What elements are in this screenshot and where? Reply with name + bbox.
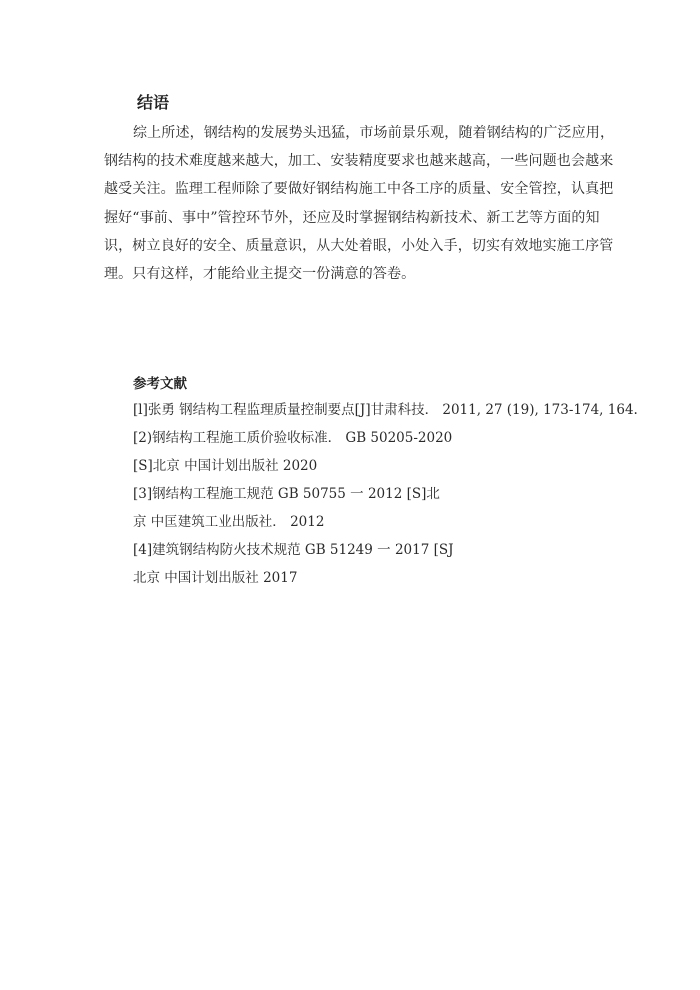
reference-line: [3]钢结构工程施工规范 GB 50755 一 2012 [S]北 [133, 480, 638, 508]
conclusion-paragraph: 综上所述，钢结构的发展势头迅猛，市场前景乐观，随着钢结构的广泛应用， 钢结构的技… [104, 119, 598, 288]
paragraph-line: 综上所述，钢结构的发展势头迅猛，市场前景乐观，随着钢结构的广泛应用， [104, 119, 598, 147]
reference-line: 京 中匡建筑工业出版社． 2012 [133, 508, 638, 536]
conclusion-heading: 结语 [137, 90, 169, 113]
document-page: 结语 综上所述，钢结构的发展势头迅猛，市场前景乐观，随着钢结构的广泛应用， 钢结… [0, 0, 700, 990]
reference-line: [S]北京 中国计划出版社 2020 [133, 452, 638, 480]
reference-line: [l]张勇 钢结构工程监理质量控制要点[J]甘肃科技． 2011, 27 (19… [133, 396, 638, 424]
reference-line: 北京 中国计划出版社 2017 [133, 564, 638, 592]
references-list: [l]张勇 钢结构工程监理质量控制要点[J]甘肃科技． 2011, 27 (19… [133, 396, 638, 592]
paragraph-line: 越受关注。监理工程师除了要做好钢结构施工中各工序的质量、安全管控，认真把 [104, 175, 598, 203]
reference-line: [2)钢结构工程施工质价验收标准． GB 50205-2020 [133, 424, 638, 452]
paragraph-line: 握好“事前、事中”管控环节外，还应及时掌握钢结构新技术、新工艺等方面的知 [104, 204, 598, 232]
paragraph-line: 钢结构的技术难度越来越大，加工、安装精度要求也越来越高，一些问题也会越来 [104, 147, 598, 175]
references-heading: 参考文献 [133, 372, 187, 392]
paragraph-line: 识，树立良好的安全、质量意识，从大处着眼，小处入手，切实有效地实施工序管 [104, 232, 598, 260]
reference-line: [4]建筑钢结构防火技术规范 GB 51249 一 2017 [SJ [133, 536, 638, 564]
paragraph-line: 理。只有这样，才能给业主提交一份满意的答卷。 [104, 260, 598, 288]
